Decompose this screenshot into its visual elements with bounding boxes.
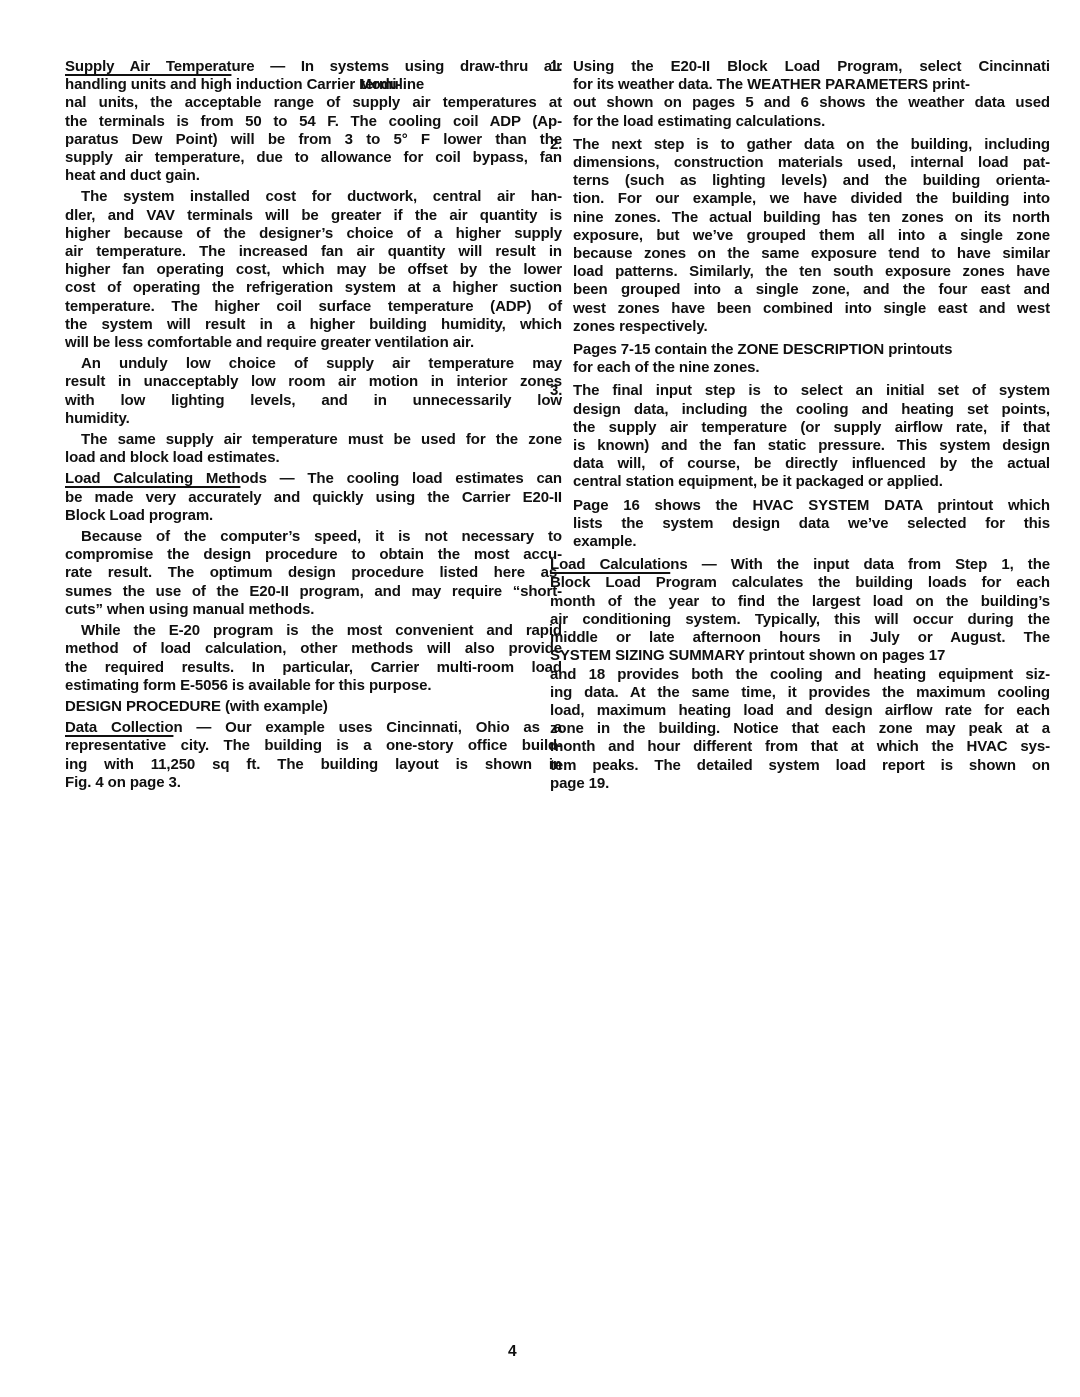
text-run: zones respectively.	[573, 318, 708, 335]
text-run: data will, of course, be directly influe…	[573, 455, 1050, 472]
text-line: temperature. The higher coil surface tem…	[65, 298, 562, 316]
paragraph: The same supply air temperature must be …	[65, 431, 562, 467]
text-run: for its weather data. The WEATHER PARAME…	[573, 76, 970, 93]
text-run: humidity.	[65, 410, 130, 427]
page-number: 4	[508, 1343, 517, 1361]
text-run: month of the year to find the largest lo…	[550, 593, 1050, 610]
paragraph: Page 16 shows the HVAC SYSTEM DATA print…	[550, 497, 1050, 552]
text-run: tem peaks. The detailed system load repo…	[550, 757, 1050, 774]
text-run: west zones have been combined into singl…	[573, 300, 1050, 317]
text-run: and 18 provides both the cooling and hea…	[550, 666, 1050, 683]
text-line: estimating form E-5056 is available for …	[65, 677, 562, 695]
text-line: The same supply air temperature must be …	[65, 431, 562, 449]
text-run: load and block load estimates.	[65, 449, 280, 466]
text-line: supply air temperature, due to allowance…	[65, 149, 562, 167]
text-run: higher because of the designer’s choice …	[65, 225, 562, 242]
text-line: handling units and high induction Carrie…	[65, 76, 562, 94]
right-column: 1.Using the E20-II Block Load Program, s…	[550, 58, 1050, 798]
text-line: been grouped into a single zone, and the…	[573, 281, 1050, 299]
text-line: The next step is to gather data on the b…	[573, 136, 1050, 154]
scanned-manual-page: { "document": { "footer": { "page_number…	[0, 0, 1080, 1397]
text-line: for each of the nine zones.	[573, 359, 1050, 377]
text-run: is known) and the fan static pressure. T…	[573, 437, 1050, 454]
text-run: supply air temperature, due to allowance…	[65, 149, 562, 166]
text-run: lists the system design data we’ve selec…	[573, 515, 1050, 532]
text-run: the system will result in a higher build…	[65, 316, 562, 333]
text-line: central station equipment, be it package…	[573, 473, 1050, 491]
text-run: higher fan operating cost, which may be …	[65, 261, 562, 278]
text-line: because zones on the same exposure tend …	[573, 245, 1050, 263]
text-line: humidity.	[65, 410, 562, 428]
text-line: exposure, but we’ve grouped them all int…	[573, 227, 1050, 245]
text-run: middle or late afternoon hours in July o…	[550, 629, 1050, 646]
text-line: out shown on pages 5 and 6 shows the wea…	[573, 94, 1050, 112]
paragraph: The system installed cost for ductwork, …	[65, 188, 562, 352]
text-line: load and block load estimates.	[65, 449, 562, 467]
text-line: paratus Dew Point) will be from 3 to 5° …	[65, 131, 562, 149]
text-run: ods — The cooling load estimates can	[240, 470, 562, 487]
text-line: cost of operating the refrigeration syst…	[65, 279, 562, 297]
text-run: ns — With the input data from Step 1, th…	[670, 556, 1050, 573]
paragraph: Because of the computer’s speed, it is n…	[65, 528, 562, 619]
underlined-heading-text: Load Calculatio	[550, 556, 670, 573]
list-marker: 1.	[550, 58, 562, 76]
text-line: Pages 7-15 contain the ZONE DESCRIPTION …	[573, 341, 1050, 359]
text-line: the terminals is from 50 to 54 F. The co…	[65, 113, 562, 131]
text-line: heat and duct gain.	[65, 167, 562, 185]
text-line: Data Collection — Our example uses Cinci…	[65, 719, 562, 737]
text-run: ing with 11,250 sq ft. The building layo…	[65, 756, 562, 773]
text-line: higher because of the designer’s choice …	[65, 225, 562, 243]
text-line: tion. For our example, we have divided t…	[573, 190, 1050, 208]
text-line: air conditioning system. Typically, this…	[550, 611, 1050, 629]
numbered-paragraph: 2.The next step is to gather data on the…	[550, 136, 1050, 336]
text-line: lists the system design data we’ve selec…	[573, 515, 1050, 533]
list-marker: 2.	[550, 136, 562, 154]
text-run: The final input step is to select an ini…	[573, 382, 1050, 399]
text-run: ure — In systems using draw-thru air	[231, 58, 562, 75]
text-line: Using the E20-II Block Load Program, sel…	[573, 58, 1050, 76]
text-run: The same supply air temperature must be …	[81, 431, 562, 448]
text-run: example.	[573, 533, 636, 550]
text-run: result in unacceptably low room air moti…	[65, 373, 562, 390]
text-run: month and hour different from that at wh…	[550, 738, 1050, 755]
text-line: Block Load program.	[65, 507, 562, 525]
text-line: rate result. The optimum design procedur…	[65, 564, 562, 582]
text-run: The system installed cost for ductwork, …	[81, 188, 562, 205]
text-run: Pages 7-15 contain the ZONE DESCRIPTION …	[573, 341, 952, 358]
text-line: be made very accurately and quickly usin…	[65, 489, 562, 507]
text-run: will be less comfortable and require gre…	[65, 334, 474, 351]
underlined-heading-text: Load Calculating Meth	[65, 470, 240, 487]
text-line: the required results. In particular, Car…	[65, 659, 562, 677]
text-line: zone in the building. Notice that each z…	[550, 720, 1050, 738]
text-line: Because of the computer’s speed, it is n…	[65, 528, 562, 546]
text-run: sumes the use of the E20-II program, and…	[65, 583, 562, 600]
paragraph: DESIGN PROCEDURE (with example)	[65, 698, 562, 716]
text-line: month and hour different from that at wh…	[550, 738, 1050, 756]
text-run: page 19.	[550, 775, 609, 792]
text-run: An unduly low choice of supply air tempe…	[81, 355, 562, 372]
paragraph: Load Calculations — With the input data …	[550, 556, 1050, 793]
text-run: ing data. At the same time, it provides …	[550, 684, 1050, 701]
text-line: load, maximum heating load and design ai…	[550, 702, 1050, 720]
text-line: nine zones. The actual building has ten …	[573, 209, 1050, 227]
text-run: temperature. The higher coil surface tem…	[65, 298, 562, 315]
paragraph: While the E-20 program is the most conve…	[65, 622, 562, 695]
text-run: While the E-20 program is the most conve…	[81, 622, 562, 639]
text-run: with low lighting levels, and in unneces…	[65, 392, 562, 409]
text-run: Using the E20-II Block Load Program, sel…	[573, 58, 1050, 75]
text-run: representative city. The building is a o…	[65, 737, 562, 754]
text-run: load patterns. Similarly, the ten south …	[573, 263, 1050, 280]
text-line: data will, of course, be directly influe…	[573, 455, 1050, 473]
text-run: compromise the design procedure to obtai…	[65, 546, 562, 563]
text-run: method of load calculation, other method…	[65, 640, 562, 657]
text-run: the terminals is from 50 to 54 F. The co…	[65, 113, 562, 130]
text-line: Page 16 shows the HVAC SYSTEM DATA print…	[573, 497, 1050, 515]
text-line: page 19.	[550, 775, 1050, 793]
text-line: tem peaks. The detailed system load repo…	[550, 757, 1050, 775]
text-line: is known) and the fan static pressure. T…	[573, 437, 1050, 455]
text-run: Page 16 shows the HVAC SYSTEM DATA print…	[573, 497, 1050, 514]
text-run: been grouped into a single zone, and the…	[573, 281, 1050, 298]
text-run: The next step is to gather data on the b…	[573, 136, 1050, 153]
text-run: n — Our example uses Cincinnati, Ohio as…	[173, 719, 562, 736]
text-run: cuts” when using manual methods.	[65, 601, 314, 618]
text-line: dler, and VAV terminals will be greater …	[65, 207, 562, 225]
text-run: tion. For our example, we have divided t…	[573, 190, 1050, 207]
text-line: While the E-20 program is the most conve…	[65, 622, 562, 640]
text-line: Load Calculating Methods — The cooling l…	[65, 470, 562, 488]
text-run: nine zones. The actual building has ten …	[573, 209, 1050, 226]
text-line: cuts” when using manual methods.	[65, 601, 562, 619]
text-line: month of the year to find the largest lo…	[550, 593, 1050, 611]
text-line: will be less comfortable and require gre…	[65, 334, 562, 352]
text-line: method of load calculation, other method…	[65, 640, 562, 658]
text-run: air conditioning system. Typically, this…	[550, 611, 1050, 628]
text-line: terns (such as lighting levels) and the …	[573, 172, 1050, 190]
text-line: dimensions, construction materials used,…	[573, 154, 1050, 172]
text-run: Block Load Program calculates the buildi…	[550, 574, 1050, 591]
text-run: terns (such as lighting levels) and the …	[573, 172, 1050, 189]
text-line: An unduly low choice of supply air tempe…	[65, 355, 562, 373]
text-run: for the load estimating calculations.	[573, 113, 825, 130]
numbered-paragraph: 1.Using the E20-II Block Load Program, s…	[550, 58, 1050, 131]
text-line: and 18 provides both the cooling and hea…	[550, 666, 1050, 684]
underlined-heading-text: Data Collectio	[65, 719, 173, 736]
text-line: sumes the use of the E20-II program, and…	[65, 583, 562, 601]
text-line: example.	[573, 533, 1050, 551]
text-line: compromise the design procedure to obtai…	[65, 546, 562, 564]
text-run: the supply air temperature (or supply ai…	[573, 419, 1050, 436]
text-line: SYSTEM SIZING SUMMARY printout shown on …	[550, 647, 1050, 665]
paragraph: Supply Air Temperature — In systems usin…	[65, 58, 562, 185]
text-run: heat and duct gain.	[65, 167, 200, 184]
text-run: Because of the computer’s speed, it is n…	[81, 528, 562, 545]
list-marker: 3.	[550, 382, 562, 400]
text-line: representative city. The building is a o…	[65, 737, 562, 755]
text-line: the system will result in a higher build…	[65, 316, 562, 334]
text-run: paratus Dew Point) will be from 3 to 5° …	[65, 131, 562, 148]
text-run: handling units and high induction Carrie…	[65, 76, 359, 93]
paragraph: An unduly low choice of supply air tempe…	[65, 355, 562, 428]
text-run: rate result. The optimum design procedur…	[65, 564, 562, 581]
text-line: DESIGN PROCEDURE (with example)	[65, 698, 562, 716]
text-run: the required results. In particular, Car…	[65, 659, 562, 676]
text-line: with low lighting levels, and in unneces…	[65, 392, 562, 410]
text-run: cost of operating the refrigeration syst…	[65, 279, 562, 296]
text-line: The final input step is to select an ini…	[573, 382, 1050, 400]
text-line: result in unacceptably low room air moti…	[65, 373, 562, 391]
text-line: higher fan operating cost, which may be …	[65, 261, 562, 279]
text-line: The system installed cost for ductwork, …	[65, 188, 562, 206]
text-line: the supply air temperature (or supply ai…	[573, 419, 1050, 437]
text-run: SYSTEM SIZING SUMMARY printout shown on …	[550, 647, 945, 664]
text-line: for its weather data. The WEATHER PARAME…	[573, 76, 1050, 94]
text-run: nal units, the acceptable range of suppl…	[65, 94, 562, 111]
text-line: zones respectively.	[573, 318, 1050, 336]
paragraph: Load Calculating Methods — The cooling l…	[65, 470, 562, 525]
text-run: dimensions, construction materials used,…	[573, 154, 1050, 171]
text-line: ing data. At the same time, it provides …	[550, 684, 1050, 702]
text-line: Block Load Program calculates the buildi…	[550, 574, 1050, 592]
text-run: zone in the building. Notice that each z…	[550, 720, 1050, 737]
text-line: middle or late afternoon hours in July o…	[550, 629, 1050, 647]
text-run: central station equipment, be it package…	[573, 473, 943, 490]
text-run: design data, including the cooling and h…	[573, 401, 1050, 418]
text-line: Load Calculations — With the input data …	[550, 556, 1050, 574]
text-run: because zones on the same exposure tend …	[573, 245, 1050, 262]
paragraph: Data Collection — Our example uses Cinci…	[65, 719, 562, 792]
text-run: Fig. 4 on page 3.	[65, 774, 181, 791]
left-column: Supply Air Temperature — In systems usin…	[65, 58, 562, 795]
text-run: air temperature. The increased fan air q…	[65, 243, 562, 260]
underlined-heading-text: Supply Air Temperat	[65, 58, 231, 75]
text-line: for the load estimating calculations.	[573, 113, 1050, 131]
text-line: Supply Air Temperature — In systems usin…	[65, 58, 562, 76]
text-run: out shown on pages 5 and 6 shows the wea…	[573, 94, 1050, 111]
text-run: exposure, but we’ve grouped them all int…	[573, 227, 1050, 244]
text-line: air temperature. The increased fan air q…	[65, 243, 562, 261]
text-run: load, maximum heating load and design ai…	[550, 702, 1050, 719]
text-run: termi-	[360, 76, 401, 93]
text-run: dler, and VAV terminals will be greater …	[65, 207, 562, 224]
text-line: Fig. 4 on page 3.	[65, 774, 562, 792]
text-line: west zones have been combined into singl…	[573, 300, 1050, 318]
text-run: Block Load program.	[65, 507, 213, 524]
text-run: be made very accurately and quickly usin…	[65, 489, 562, 506]
text-line: ing with 11,250 sq ft. The building layo…	[65, 756, 562, 774]
text-run: estimating form E-5056 is available for …	[65, 677, 431, 694]
paragraph: Pages 7-15 contain the ZONE DESCRIPTION …	[550, 341, 1050, 377]
text-line: load patterns. Similarly, the ten south …	[573, 263, 1050, 281]
text-run: DESIGN PROCEDURE (with example)	[65, 698, 328, 715]
text-line: design data, including the cooling and h…	[573, 401, 1050, 419]
text-run: for each of the nine zones.	[573, 359, 760, 376]
text-line: nal units, the acceptable range of suppl…	[65, 94, 562, 112]
numbered-paragraph: 3.The final input step is to select an i…	[550, 382, 1050, 491]
